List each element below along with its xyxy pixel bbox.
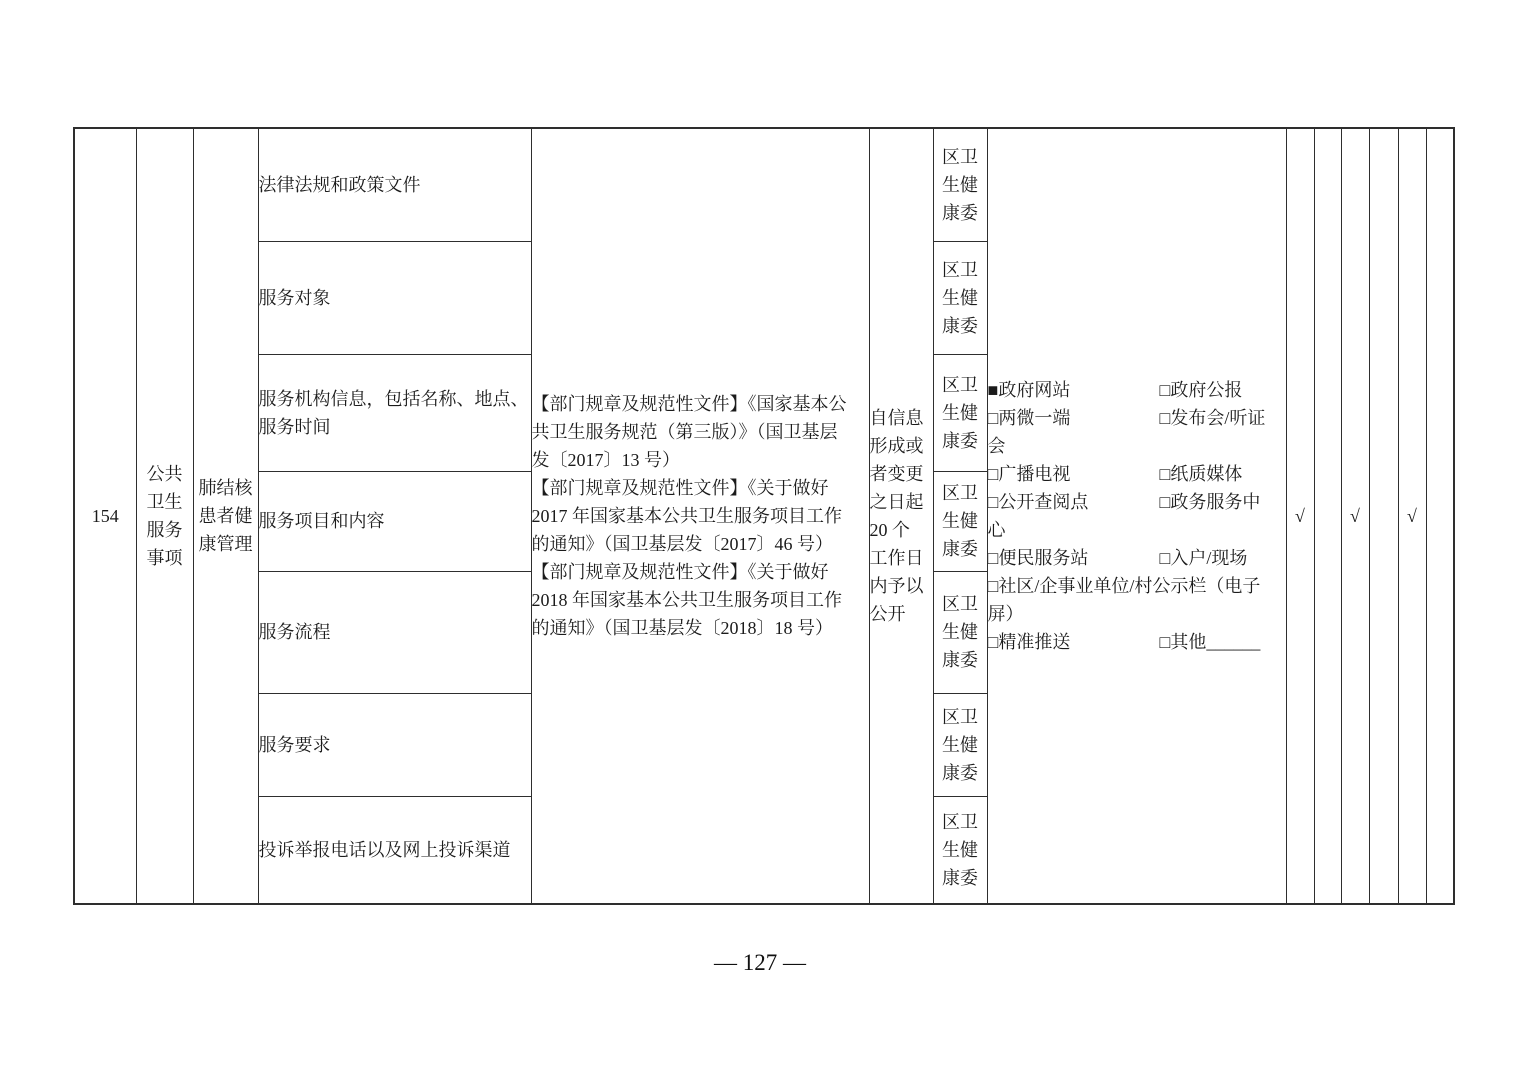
agency-cell: 区卫 生健 康委: [933, 354, 987, 471]
agency-cell: 区卫 生健 康委: [933, 796, 987, 904]
channels-cell: ■政府网站□政府公报 □两微一端□发布会/听证 会 □广播电视□纸质媒体 □公开…: [987, 128, 1286, 904]
channel-option: 屏）: [988, 600, 1160, 628]
item-cell-laws: 法律法规和政策文件: [258, 128, 531, 241]
channel-option: □广播电视: [988, 460, 1160, 488]
item-cell-institution-info: 服务机构信息，包括名称、地点、 服务时间: [258, 354, 531, 471]
agency-cell: 区卫 生健 康委: [933, 241, 987, 354]
check-mark-cell: √: [1398, 128, 1426, 904]
channel-option: 会: [988, 432, 1160, 460]
agency-cell: 区卫 生健 康委: [933, 693, 987, 796]
channel-option-line: 屏）: [988, 600, 1286, 628]
subcategory-cell: 肺结核 患者健 康管理: [193, 128, 258, 904]
channel-option-line: 会: [988, 432, 1286, 460]
item-cell-complaint-hotline: 投诉举报电话以及网上投诉渠道: [258, 796, 531, 904]
check-mark-cell: √: [1286, 128, 1314, 904]
item-cell-service-target: 服务对象: [258, 241, 531, 354]
channel-option: ■政府网站: [988, 376, 1160, 404]
item-cell-service-requirements: 服务要求: [258, 693, 531, 796]
agency-cell: 区卫 生健 康委: [933, 128, 987, 241]
agency-cell: 区卫 生健 康委: [933, 571, 987, 693]
agency-cell: 区卫 生健 康委: [933, 471, 987, 571]
channel-option: □便民服务站: [988, 544, 1160, 572]
channel-option: □公开查阅点: [988, 488, 1160, 516]
publish-timeline-cell: 自信息 形成或 者变更 之日起 20 个 工作日 内予以 公开: [869, 128, 933, 904]
channel-option: □政府公报: [1160, 380, 1243, 400]
channel-option-line: □便民服务站□入户/现场: [988, 544, 1286, 572]
channel-option: □其他______: [1160, 632, 1261, 652]
channels-list: ■政府网站□政府公报 □两微一端□发布会/听证 会 □广播电视□纸质媒体 □公开…: [988, 376, 1286, 656]
sequence-number-cell: 154: [74, 128, 136, 904]
empty-check-cell: [1426, 128, 1454, 904]
channel-option-line: 心: [988, 516, 1286, 544]
page-number: — 127 —: [0, 950, 1520, 976]
document-page: 154 公共 卫生 服务 事项 肺结核 患者健 康管理 法律法规和政策文件 【部…: [0, 0, 1520, 1074]
channel-option-line: □社区/企事业单位/村公示栏（电子: [988, 572, 1286, 600]
channel-option: □入户/现场: [1160, 548, 1248, 568]
channel-option-line: □公开查阅点□政务服务中: [988, 488, 1286, 516]
channel-option-line: □精准推送□其他______: [988, 628, 1286, 656]
service-items-table: 154 公共 卫生 服务 事项 肺结核 患者健 康管理 法律法规和政策文件 【部…: [73, 127, 1455, 905]
empty-check-cell: [1314, 128, 1341, 904]
channel-option: □社区/企事业单位/村公示栏（电子: [988, 572, 1261, 600]
item-cell-service-content: 服务项目和内容: [258, 471, 531, 571]
channel-option-line: □两微一端□发布会/听证: [988, 404, 1286, 432]
channel-option: □政务服务中: [1160, 492, 1261, 512]
channel-option: □两微一端: [988, 404, 1160, 432]
channel-option: □纸质媒体: [1160, 464, 1243, 484]
channel-option: □精准推送: [988, 628, 1160, 656]
channel-option: 心: [988, 516, 1160, 544]
channel-option-line: ■政府网站□政府公报: [988, 376, 1286, 404]
channel-option: □发布会/听证: [1160, 408, 1266, 428]
check-mark-cell: √: [1341, 128, 1369, 904]
category-cell: 公共 卫生 服务 事项: [136, 128, 193, 904]
channel-option-line: □广播电视□纸质媒体: [988, 460, 1286, 488]
item-cell-service-process: 服务流程: [258, 571, 531, 693]
legal-basis-cell: 【部门规章及规范性文件】《国家基本公 共卫生服务规范（第三版）》（国卫基层 发〔…: [531, 128, 869, 904]
empty-check-cell: [1369, 128, 1398, 904]
